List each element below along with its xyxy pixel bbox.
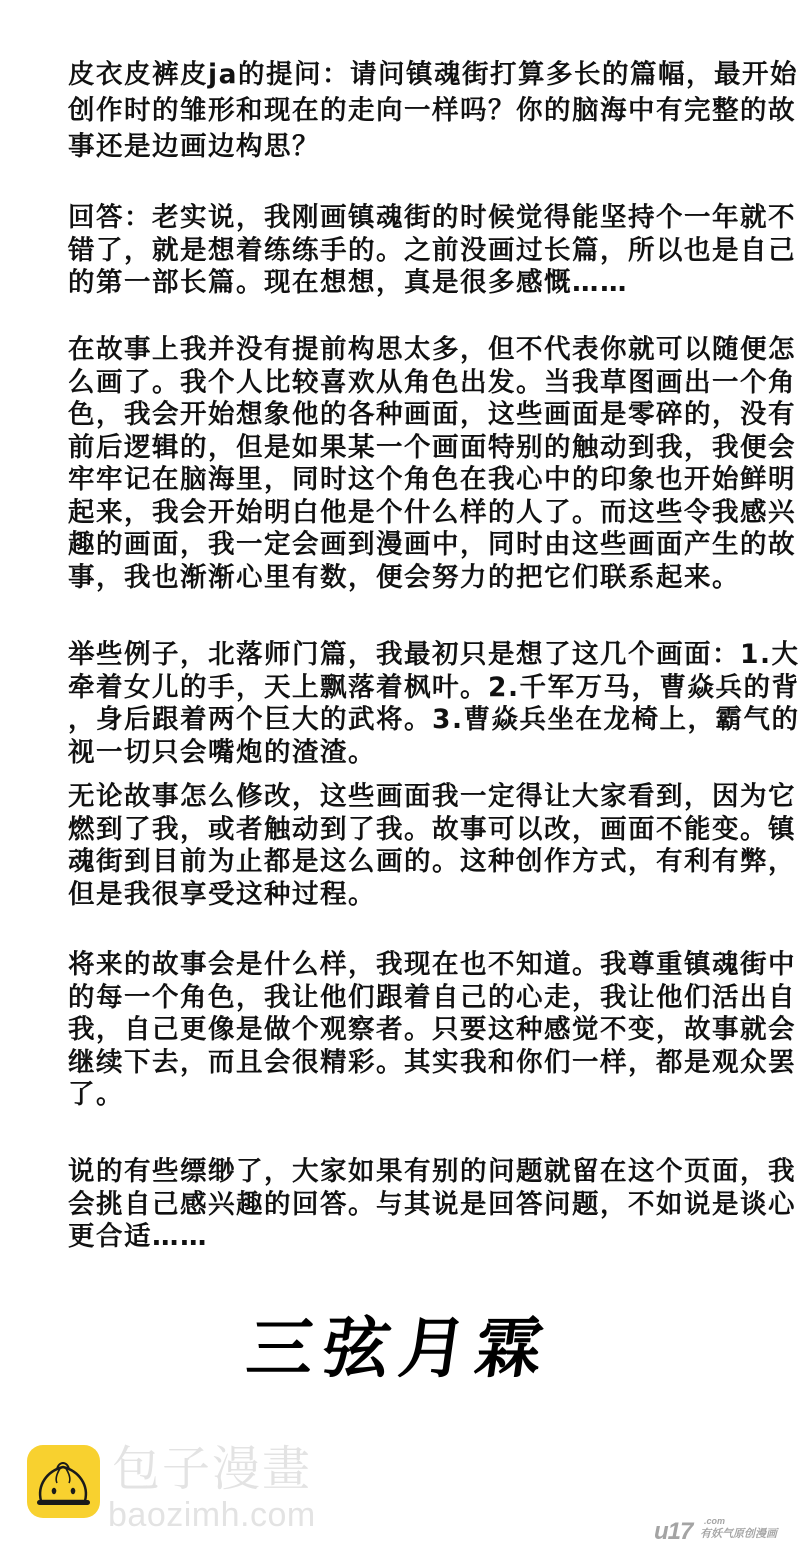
text-line: 么画了。我个人比较喜欢从角色出发。当我草图画出一个角 xyxy=(68,367,718,400)
text-line: 但是我很享受这种过程。 xyxy=(68,879,718,912)
answer-examples-paragraph: 举些例子，北落师门篇，我最初只是想了这几个画面：1.大叔 牵着女儿的手，天上飘落… xyxy=(68,639,718,769)
text-line: ，身后跟着两个巨大的武将。3.曹焱兵坐在龙椅上，霸气的藐 xyxy=(68,704,718,737)
steamed-bun-icon xyxy=(27,1445,100,1518)
question-paragraph: 皮衣皮裤皮ja的提问：请问镇魂街打算多长的篇幅，最开始 创作时的雏形和现在的走向… xyxy=(68,57,718,165)
text-line: 回答：老实说，我刚画镇魂街的时候觉得能坚持个一年就不 xyxy=(68,202,718,235)
text-line: 事，我也渐渐心里有数，便会努力的把它们联系起来。 xyxy=(68,562,718,595)
text-line: 牢牢记在脑海里，同时这个角色在我心中的印象也开始鲜明 xyxy=(68,464,718,497)
u17-watermark: u17 .com 有妖气原创漫画 xyxy=(654,1514,794,1544)
closing-paragraph: 说的有些缥缈了，大家如果有别的问题就留在这个页面，我 会挑自己感兴趣的回答。与其… xyxy=(68,1156,718,1254)
text-line: 起来，我会开始明白他是个什么样的人了。而这些令我感兴 xyxy=(68,497,718,530)
text-line: 创作时的雏形和现在的走向一样吗？你的脑海中有完整的故 xyxy=(68,93,718,129)
text-line: 在故事上我并没有提前构思太多，但不代表你就可以随便怎 xyxy=(68,334,718,367)
text-line: 继续下去，而且会很精彩。其实我和你们一样，都是观众罢 xyxy=(68,1047,718,1080)
text-line: 无论故事怎么修改，这些画面我一定得让大家看到，因为它 xyxy=(68,781,718,814)
text-line: 将来的故事会是什么样，我现在也不知道。我尊重镇魂街中 xyxy=(68,949,718,982)
text-line: 事还是边画边构思？ xyxy=(68,129,718,165)
u17-slogan: 有妖气原创漫画 xyxy=(700,1527,777,1541)
u17-dotcom: .com xyxy=(704,1516,725,1526)
u17-logo-mark: u17 xyxy=(654,1520,692,1544)
text-line: 说的有些缥缈了，大家如果有别的问题就留在这个页面，我 xyxy=(68,1156,718,1189)
baozi-watermark-name: 包子漫畫 xyxy=(112,1442,312,1496)
text-line: 魂街到目前为止都是这么画的。这种创作方式，有利有弊， xyxy=(68,846,718,879)
answer-intro-paragraph: 回答：老实说，我刚画镇魂街的时候觉得能坚持个一年就不 错了，就是想着练练手的。之… xyxy=(68,202,718,300)
text-line: 举些例子，北落师门篇，我最初只是想了这几个画面：1.大叔 xyxy=(68,639,718,672)
text-line: 的每一个角色，我让他们跟着自己的心走，我让他们活出自 xyxy=(68,982,718,1015)
text-line: 更合适…… xyxy=(68,1221,718,1254)
text-line: 会挑自己感兴趣的回答。与其说是回答问题，不如说是谈心 xyxy=(68,1189,718,1222)
text-line: 牵着女儿的手，天上飘落着枫叶。2.千军万马，曹焱兵的背影 xyxy=(68,672,718,705)
text-line: 视一切只会嘴炮的渣渣。 xyxy=(68,737,718,770)
answer-method-paragraph: 无论故事怎么修改，这些画面我一定得让大家看到，因为它 燃到了我，或者触动到了我。… xyxy=(68,781,718,911)
answer-future-paragraph: 将来的故事会是什么样，我现在也不知道。我尊重镇魂街中 的每一个角色，我让他们跟着… xyxy=(68,949,718,1112)
text-line: 了。 xyxy=(68,1079,718,1112)
text-line: 前后逻辑的，但是如果某一个画面特别的触动到我，我便会 xyxy=(68,432,718,465)
text-line: 色，我会开始想象他的各种画面，这些画面是零碎的，没有 xyxy=(68,399,718,432)
text-line: 错了，就是想着练练手的。之前没画过长篇，所以也是自己 xyxy=(68,235,718,268)
answer-story-approach-paragraph: 在故事上我并没有提前构思太多，但不代表你就可以随便怎 么画了。我个人比较喜欢从角… xyxy=(68,334,718,594)
author-signature: 三弦月霖 xyxy=(234,1308,565,1388)
baozi-watermark-domain: baozimh.com xyxy=(108,1496,316,1534)
text-line: 趣的画面，我一定会画到漫画中，同时由这些画面产生的故 xyxy=(68,529,718,562)
text-line: 燃到了我，或者触动到了我。故事可以改，画面不能变。镇 xyxy=(68,814,718,847)
text-line: 的第一部长篇。现在想想，真是很多感慨…… xyxy=(68,267,718,300)
text-line: 我，自己更像是做个观察者。只要这种感觉不变，故事就会 xyxy=(68,1014,718,1047)
text-line: 皮衣皮裤皮ja的提问：请问镇魂街打算多长的篇幅，最开始 xyxy=(68,57,718,93)
